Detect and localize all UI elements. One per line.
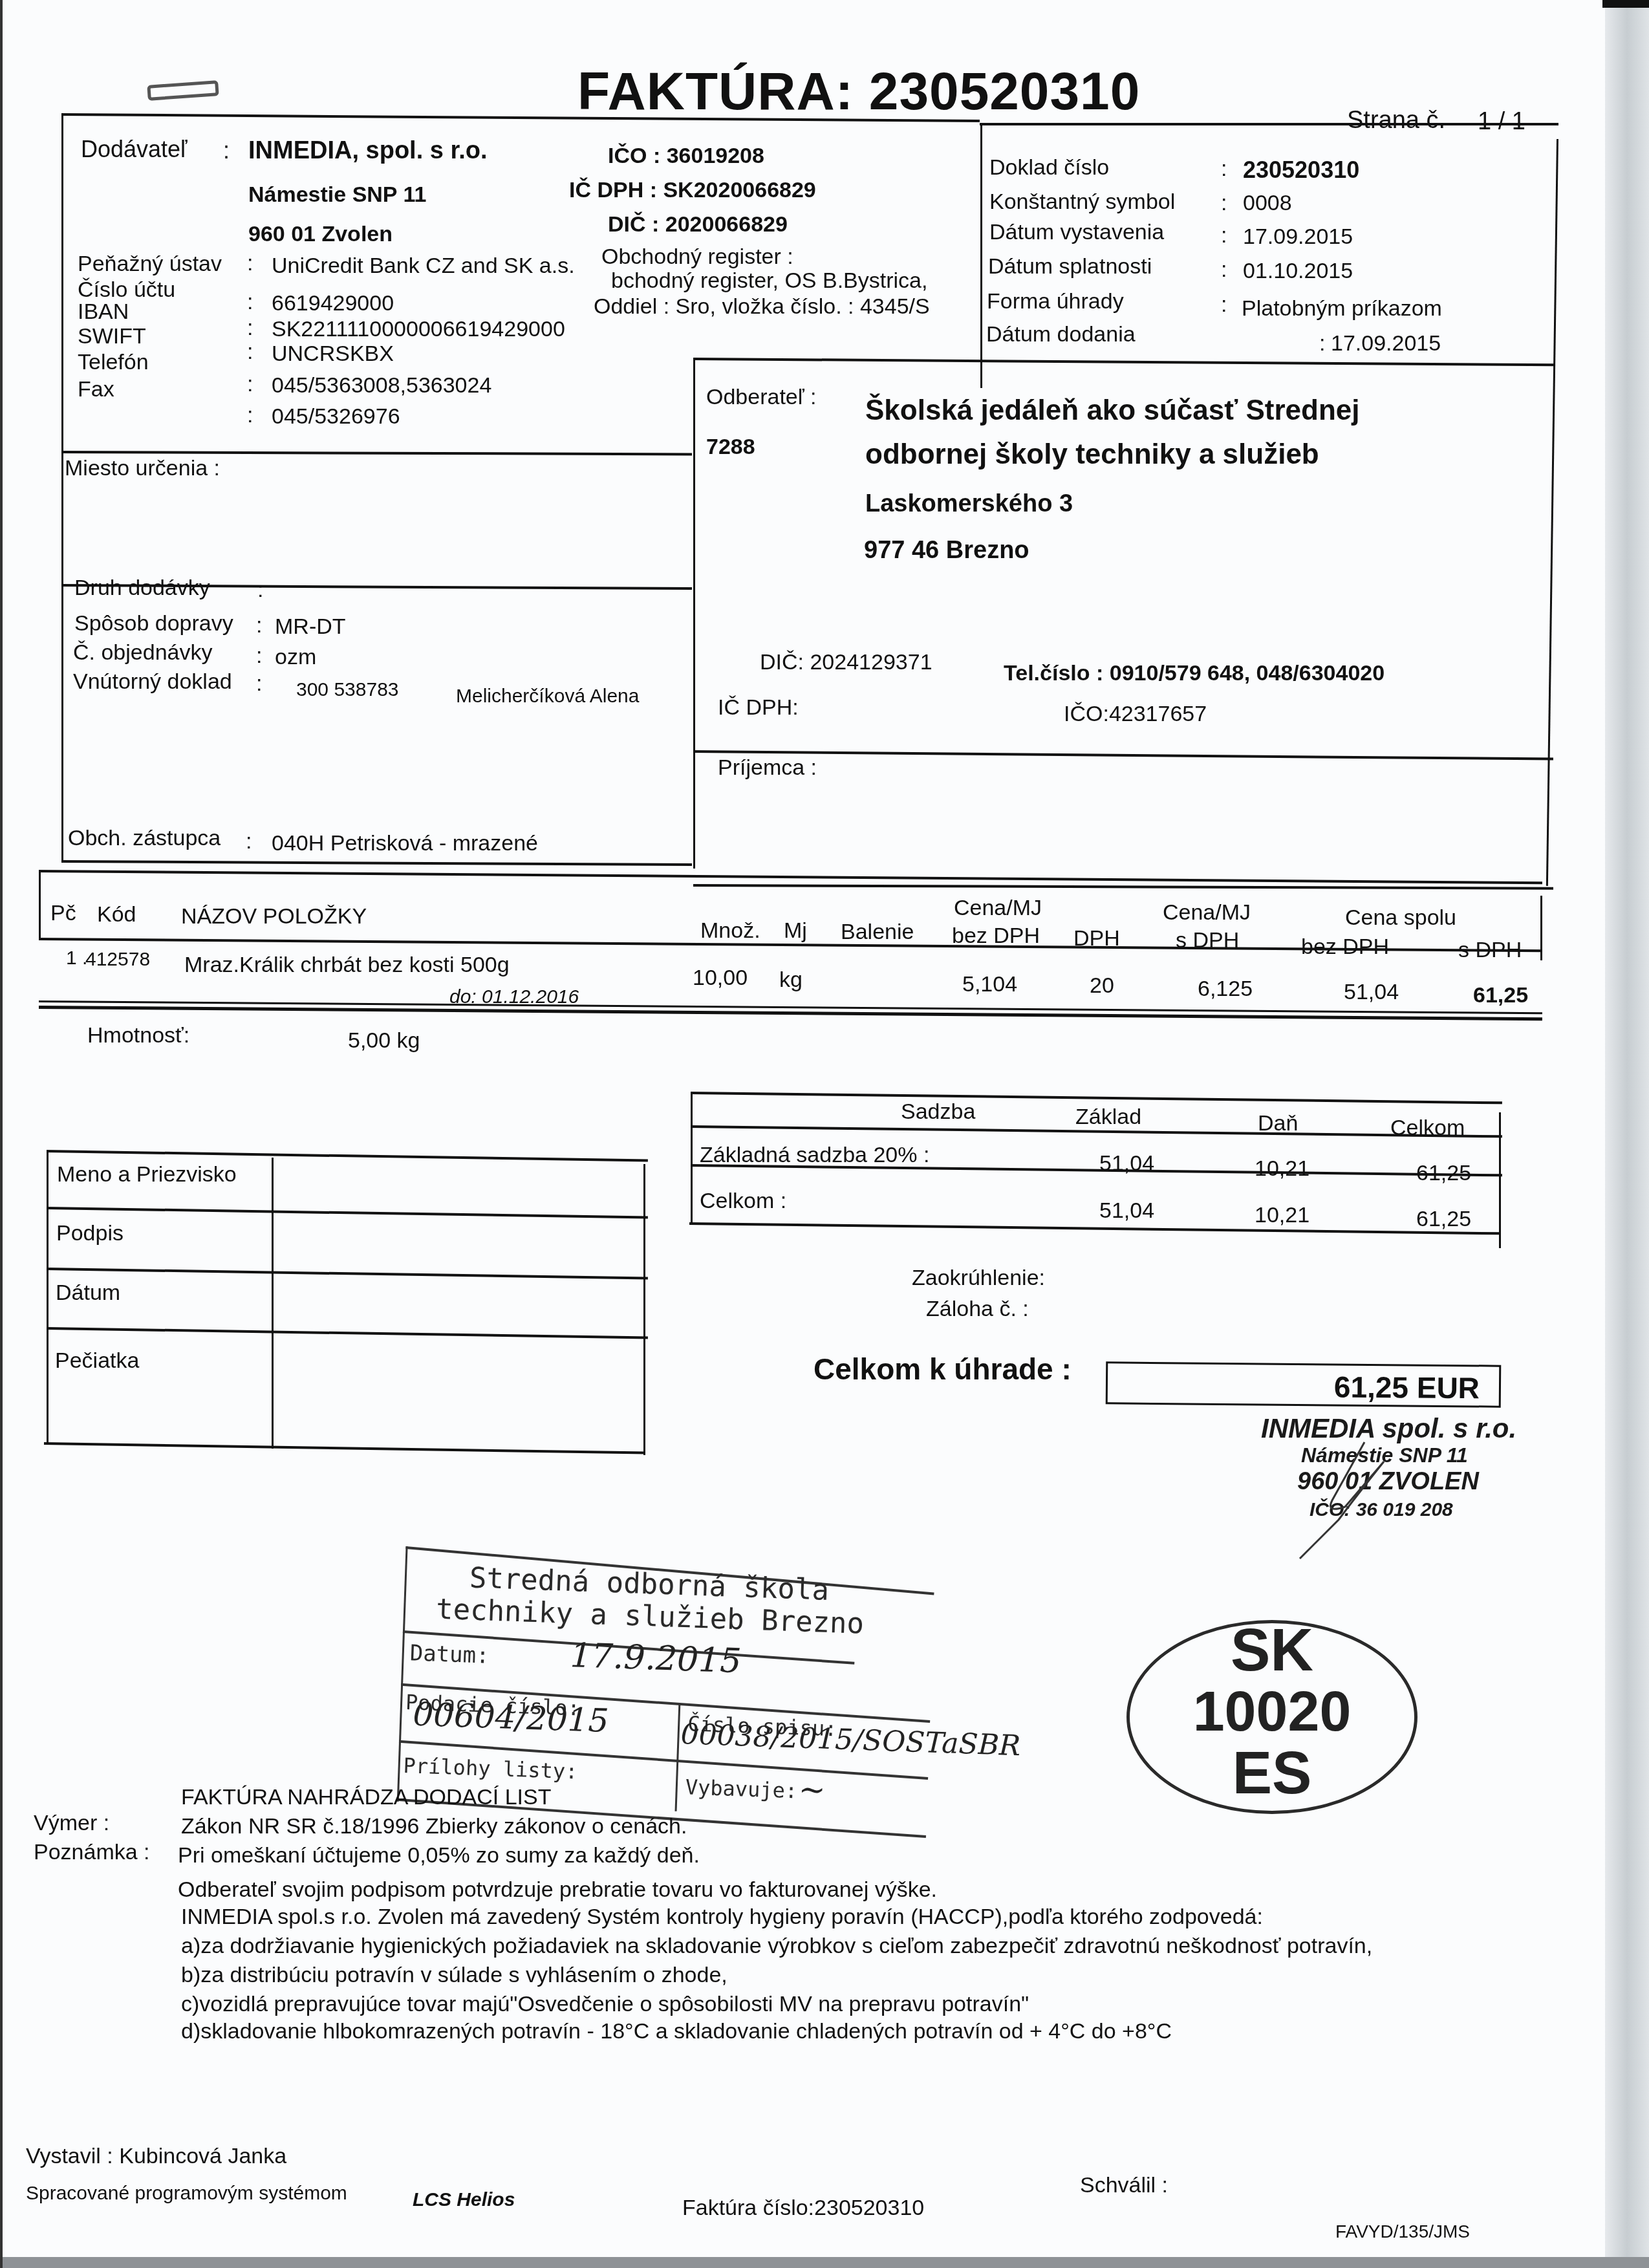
col-vat: DPH — [1073, 926, 1120, 951]
note-line: Pri omeškaní účtujeme 0,05% zo sumy za k… — [178, 1843, 700, 1868]
divider — [691, 1092, 693, 1224]
col-total-incl: s DPH — [1458, 938, 1522, 963]
oval-stamp-country: SK — [1130, 1617, 1414, 1685]
note-line: INMEDIA spol.s r.o. Zvolen má zavedený S… — [181, 1905, 1263, 1930]
signature-scribble — [1293, 1436, 1423, 1565]
divider — [39, 870, 41, 938]
colon: : — [247, 251, 253, 276]
recipient-label: Príjemca : — [718, 755, 817, 781]
col-total-excl: bez DPH — [1301, 934, 1389, 960]
system-name: LCS Helios — [413, 2189, 515, 2211]
vat-row-tax: 10,21 — [1255, 1156, 1309, 1182]
customer-ico: IČO:42317657 — [1064, 702, 1207, 727]
customer-dic: DIČ: 2024129371 — [760, 650, 932, 675]
bank-value: UniCredit Bank CZ and SK a.s. — [272, 254, 575, 279]
issued-by: Vystavil : Kubincová Janka — [26, 2144, 286, 2169]
oval-stamp-number: 10020 — [1130, 1678, 1414, 1744]
delivery-date-label: Dátum dodania — [986, 322, 1136, 347]
vat-total-tax: 10,21 — [1255, 1203, 1309, 1228]
customer-street: Laskomerského 3 — [865, 490, 1073, 518]
divider — [272, 1158, 274, 1449]
divider — [693, 358, 695, 869]
vat-col-base: Základ — [1075, 1105, 1141, 1130]
row-pc: 1 . — [66, 947, 87, 969]
registry-date-value: 17.9.2015 — [570, 1636, 742, 1681]
customer-ic-dph: IČ DPH: — [718, 695, 799, 720]
colon: : — [1221, 223, 1227, 248]
order-value: ozm — [275, 645, 316, 670]
fax-value: 045/5326976 — [272, 404, 400, 429]
internal-doc-label: Vnútorný doklad — [73, 669, 232, 695]
internal-doc-value: 300 538783 — [296, 679, 399, 701]
colon: : — [1221, 257, 1227, 283]
date-field-label: Dátum — [56, 1280, 120, 1306]
invoice-title: FAKTÚRA: 230520310 — [577, 61, 1140, 122]
vat-col-rate: Sadzba — [901, 1099, 975, 1125]
internal-doc-person: Melicherčíková Alena — [456, 686, 639, 707]
supplier-street: Námestie SNP 11 — [248, 182, 426, 208]
colon: : — [247, 290, 253, 315]
colon: : — [256, 643, 262, 669]
supplier-ico: IČO : 36019208 — [608, 144, 764, 169]
constant-symbol-label: Konštantný symbol — [989, 189, 1175, 215]
constant-symbol-value: 0008 — [1243, 191, 1292, 216]
delivery-date-value: 17.09.2015 — [1331, 331, 1441, 356]
issue-date-label: Dátum vystavenia — [989, 220, 1164, 245]
colon: : — [257, 578, 263, 603]
handler-label: Vybavuje: — [685, 1775, 798, 1803]
col-qty: Množ. — [700, 918, 760, 944]
divider — [675, 1705, 681, 1811]
due-date-label: Dátum splatnosti — [988, 254, 1152, 279]
colon: : — [1221, 157, 1227, 182]
row-code: 412578 — [85, 949, 150, 971]
page-number: 1 / 1 — [1478, 108, 1525, 136]
signature-field-label: Podpis — [56, 1221, 124, 1246]
customer-city: 977 46 Brezno — [864, 537, 1029, 565]
phone-label: Telefón — [78, 347, 222, 377]
fax-label: Fax — [78, 374, 222, 404]
colon: : — [223, 137, 230, 164]
customer-name-line2: odbornej školy techniky a služieb — [865, 438, 1319, 471]
doc-number-value: 230520310 — [1243, 157, 1359, 184]
name-field-label: Meno a Priezvisko — [57, 1162, 237, 1187]
note-line: a)za dodržiavanie hygienických požiadavi… — [181, 1934, 1372, 1959]
divider — [1499, 1112, 1501, 1248]
processed-by-label: Spracované programovým systémom — [26, 2183, 347, 2205]
col-total-top: Cena spolu — [1345, 905, 1456, 931]
oval-stamp-suffix: ES — [1130, 1740, 1414, 1808]
colon: : — [247, 316, 253, 341]
colon: : — [247, 372, 253, 397]
destination-label: Miesto určenia : — [65, 456, 220, 481]
supplier-name: INMEDIA, spol. s r.o. — [248, 137, 488, 165]
divider — [47, 1150, 48, 1444]
delivery-type-label: Druh dodávky — [74, 576, 210, 601]
doc-number-label: Doklad číslo — [989, 155, 1109, 180]
customer-name-line1: Školská jedáleň ako súčasť Strednej — [865, 394, 1360, 427]
payment-method-value: Platobným príkazom — [1242, 296, 1442, 321]
sales-rep-value: 040H Petrisková - mrazené — [272, 831, 538, 856]
payment-method-label: Forma úhrady — [987, 289, 1124, 314]
vat-row-total: 61,25 — [1416, 1161, 1471, 1186]
filing-number-value: 00604/2015 — [413, 1696, 610, 1740]
supplier-city: 960 01 Zvolen — [248, 222, 393, 247]
col-price-incl-bottom: s DPH — [1176, 928, 1239, 953]
colon: : — [246, 829, 252, 854]
issue-date-value: 17.09.2015 — [1243, 224, 1353, 250]
oval-ec-stamp: SK 10020 ES — [1126, 1620, 1417, 1814]
note-line: b)za distribúciu potravín v súlade s vyh… — [181, 1963, 727, 1988]
total-due-label: Celkom k úhrade : — [814, 1352, 1072, 1387]
divider — [61, 113, 63, 860]
supplier-dic: DIČ : 2020066829 — [608, 212, 788, 237]
attachments-label: Prílohy listy: — [403, 1753, 578, 1784]
vat-total-total: 61,25 — [1416, 1207, 1471, 1232]
total-due-value: 61,25 EUR — [1334, 1369, 1480, 1405]
transport-label: Spôsob dopravy — [74, 611, 233, 636]
vat-col-tax: Daň — [1258, 1111, 1298, 1136]
col-price-excl-top: Cena/MJ — [954, 896, 1042, 921]
weight-value: 5,00 kg — [348, 1028, 420, 1053]
footer-invoice-number: Faktúra číslo:230520310 — [682, 2196, 924, 2221]
form-code: FAVYD/135/JMS — [1335, 2221, 1470, 2242]
divider — [980, 123, 982, 388]
row-price-excl: 5,104 — [962, 972, 1017, 997]
col-name: NÁZOV POLOŽKY — [181, 904, 367, 929]
row-name: Mraz.Králik chrbát bez kosti 500g — [184, 953, 510, 978]
note-label: Poznámka : — [34, 1840, 150, 1865]
divider — [643, 1164, 645, 1455]
swift-value: UNCRSKBX — [272, 341, 394, 367]
colon: : — [247, 403, 253, 428]
col-pc: Pč — [50, 901, 76, 926]
vat-row-label: Základná sadzba 20% : — [700, 1143, 929, 1168]
deposit-label: Záloha č. : — [926, 1297, 1029, 1322]
colon: : — [1319, 331, 1325, 356]
decree-value: Zákon NR SR č.18/1996 Zbierky zákonov o … — [181, 1814, 687, 1839]
customer-label: Odberateľ : — [706, 385, 817, 410]
divider — [980, 123, 1558, 125]
transport-value: MR-DT — [275, 614, 346, 640]
colon: : — [247, 340, 253, 365]
row-total-excl: 51,04 — [1344, 980, 1399, 1005]
replaces-delivery-note: FAKTÚRA NAHRÁDZA DODACÍ LIST — [181, 1785, 551, 1810]
row-vat: 20 — [1090, 973, 1114, 999]
weight-label: Hmotnosť: — [87, 1023, 189, 1048]
customer-code: 7288 — [706, 435, 755, 460]
scan-bottom-edge — [0, 2257, 1649, 2268]
row-total-incl: 61,25 — [1473, 983, 1528, 1008]
account-value: 6619429000 — [272, 291, 394, 316]
vat-row-base: 51,04 — [1099, 1151, 1154, 1176]
registry-date-label: Datum: — [409, 1640, 490, 1669]
rounding-label: Zaokrúhlenie: — [912, 1266, 1045, 1291]
row-price-incl: 6,125 — [1198, 977, 1253, 1002]
note-line: d)skladovanie hlbokomrazených potravín -… — [181, 2019, 1172, 2044]
scan-corner — [1602, 0, 1649, 8]
register-line1: bchodný register, OS B.Bystrica, — [611, 268, 927, 294]
vat-total-label: Celkom : — [700, 1189, 786, 1214]
col-unit: Mj — [784, 918, 807, 944]
register-label: Obchodný register : — [601, 244, 793, 270]
sales-rep-label: Obch. zástupca — [68, 826, 221, 851]
phone-value: 045/5363008,5363024 — [272, 373, 491, 398]
note-line: c)vozidlá prepravujúce tovar majú"Osvedč… — [181, 1992, 1029, 2017]
supplier-ic-dph: IČ DPH : SK2020066829 — [569, 178, 816, 203]
decree-label: Výmer : — [34, 1811, 109, 1836]
scan-left-edge — [0, 0, 3, 2268]
scan-edge — [1605, 0, 1649, 2268]
stamp-field-label: Pečiatka — [55, 1348, 139, 1374]
col-code: Kód — [97, 902, 136, 927]
vat-col-total: Celkom — [1390, 1116, 1465, 1141]
colon: : — [256, 613, 262, 638]
due-date-value: 01.10.2015 — [1243, 259, 1353, 284]
row-unit: kg — [779, 967, 803, 993]
colon: : — [1221, 191, 1227, 216]
row-qty: 10,00 — [693, 966, 748, 991]
iban-value: SK2211110000006619429000 — [272, 317, 565, 342]
col-price-incl-top: Cena/MJ — [1163, 900, 1251, 925]
colon: : — [1221, 292, 1227, 318]
customer-phone: Tel.číslo : 0910/579 648, 048/6304020 — [1004, 661, 1385, 686]
vat-total-base: 51,04 — [1099, 1198, 1154, 1224]
register-line2: Oddiel : Sro, vložka číslo. : 4345/S — [594, 294, 930, 319]
supplier-label: Dodávateľ — [81, 136, 188, 163]
col-package: Balenie — [841, 920, 914, 945]
supplier-fields-labels: Peňažný ústav Číslo účtu IBAN SWIFT Tele… — [78, 249, 222, 404]
page-label: Strana č. — [1347, 107, 1445, 135]
total-due-box: 61,25 EUR — [1106, 1361, 1502, 1407]
handler-signature: ~ — [798, 1770, 826, 1808]
note-line: Odberateľ svojim podpisom potvrdzuje pre… — [178, 1877, 937, 1903]
order-label: Č. objednávky — [73, 640, 212, 665]
colon: : — [256, 671, 262, 697]
approved-by-label: Schválil : — [1080, 2173, 1168, 2198]
col-price-excl-bottom: bez DPH — [952, 923, 1040, 949]
